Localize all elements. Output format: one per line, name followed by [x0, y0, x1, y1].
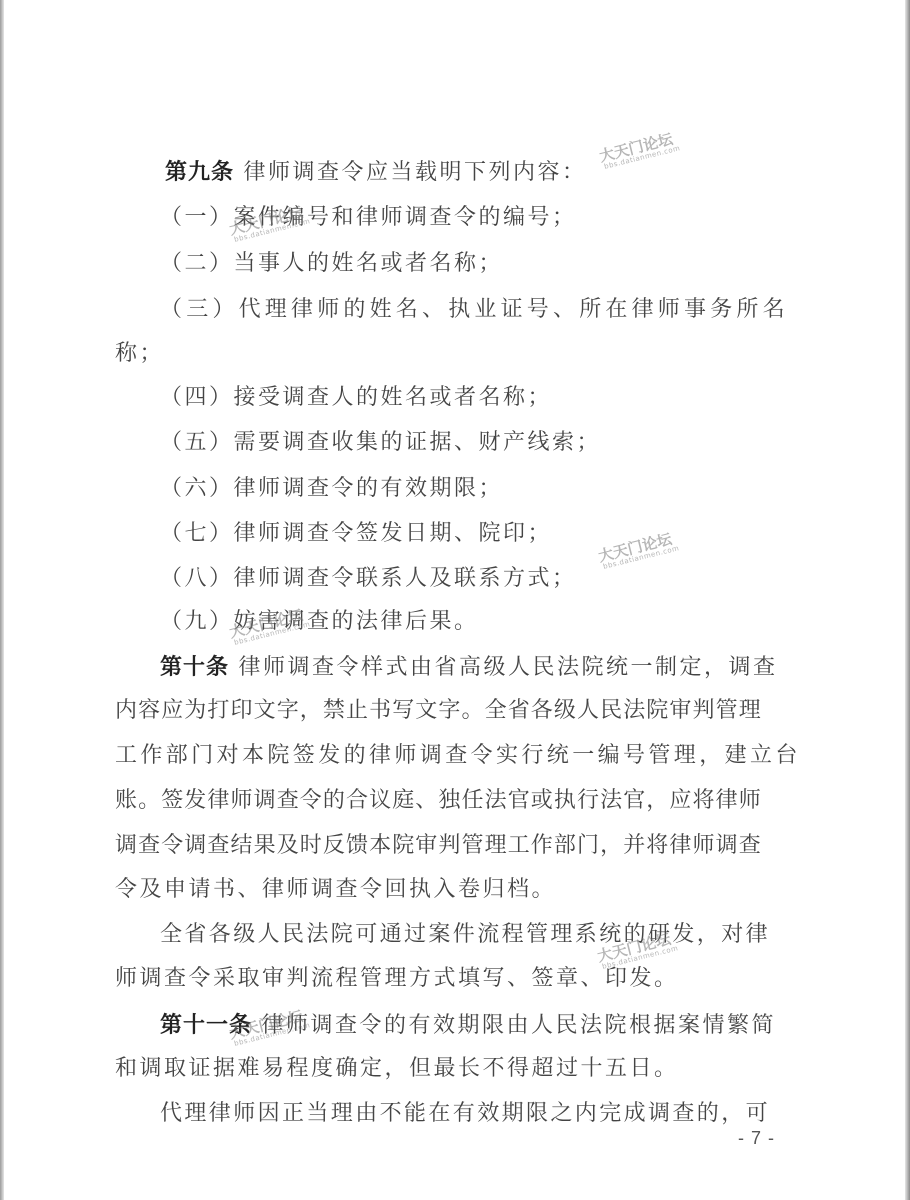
article-9-item-9: （九）妨害调查的法律后果。 [160, 607, 479, 637]
article-9-item-3: （三）代理律师的姓名、执业证号、所在律师事务所名 [160, 295, 789, 325]
document-page: 第九条 律师调查令应当载明下列内容： （一）案件编号和律师调查令的编号； （二）… [0, 0, 910, 1200]
article-11-heading: 第十一条 [160, 1012, 252, 1038]
article-10-line-1-text: 律师调查令样式由省高级人民法院统一制定，调查 [239, 655, 778, 680]
article-10-para2-line-2: 师调查令采取审判流程管理方式填写、签章、印发。 [115, 964, 679, 994]
article-9-intro-text: 律师调查令应当载明下列内容： [244, 160, 587, 185]
article-10-line-1: 第十条 律师调查令样式由省高级人民法院统一制定，调查 [160, 652, 778, 683]
article-9-heading: 第九条 [165, 159, 234, 185]
watermark: 大天门论坛 bbs.datianmen.com [597, 531, 680, 572]
article-9-item-7: （七）律师调查令签发日期、院印； [160, 519, 552, 549]
article-10-line-3: 工作部门对本院签发的律师调查令实行统一编号管理，建立台 [115, 741, 801, 771]
article-9-item-8: （八）律师调查令联系人及联系方式； [160, 564, 577, 594]
article-11-para2-line-1: 代理律师因正当理由不能在有效期限之内完成调查的，可 [160, 1099, 770, 1129]
article-11-line-1: 第十一条 律师调查令的有效期限由人民法院根据案情繁简 [160, 1010, 776, 1041]
page-number: - 7 - [738, 1128, 775, 1149]
article-9-intro: 第九条 律师调查令应当载明下列内容： [165, 157, 587, 188]
article-9-item-5: （五）需要调查收集的证据、财产线索； [160, 428, 601, 458]
watermark: 大天门论坛 bbs.datianmen.com [598, 131, 681, 172]
watermark-title: 大天门论坛 [598, 131, 679, 165]
article-9-item-3-cont: 称； [115, 339, 164, 369]
article-10-line-2: 内容应为打印文字，禁止书写文字。全省各级人民法院审判管理 [115, 696, 762, 726]
article-9-item-2: （二）当事人的姓名或者名称； [160, 249, 503, 279]
article-10-heading: 第十条 [160, 654, 229, 680]
article-9-item-6: （六）律师调查令的有效期限； [160, 474, 503, 504]
watermark-title: 大天门论坛 [597, 531, 678, 565]
article-10-para2-line-1: 全省各级人民法院可通过案件流程管理系统的研发，对律 [160, 920, 770, 950]
article-10-line-6: 令及申请书、律师调查令回执入卷归档。 [115, 875, 556, 905]
article-9-item-1: （一）案件编号和律师调查令的编号； [160, 203, 577, 233]
watermark-url: bbs.datianmen.com [604, 145, 682, 171]
article-10-line-4: 账。签发律师调查令的合议庭、独任法官或执行法官，应将律师 [115, 786, 762, 816]
article-9-item-4: （四）接受调查人的姓名或者名称； [160, 383, 552, 413]
article-11-line-1-text: 律师调查令的有效期限由人民法院根据案情繁简 [262, 1013, 777, 1038]
watermark-url: bbs.datianmen.com [603, 545, 681, 571]
article-11-line-2: 和调取证据难易程度确定，但最长不得超过十五日。 [115, 1054, 679, 1084]
article-10-line-5: 调查令调查结果及时反馈本院审判管理工作部门，并将律师调查 [115, 831, 762, 861]
